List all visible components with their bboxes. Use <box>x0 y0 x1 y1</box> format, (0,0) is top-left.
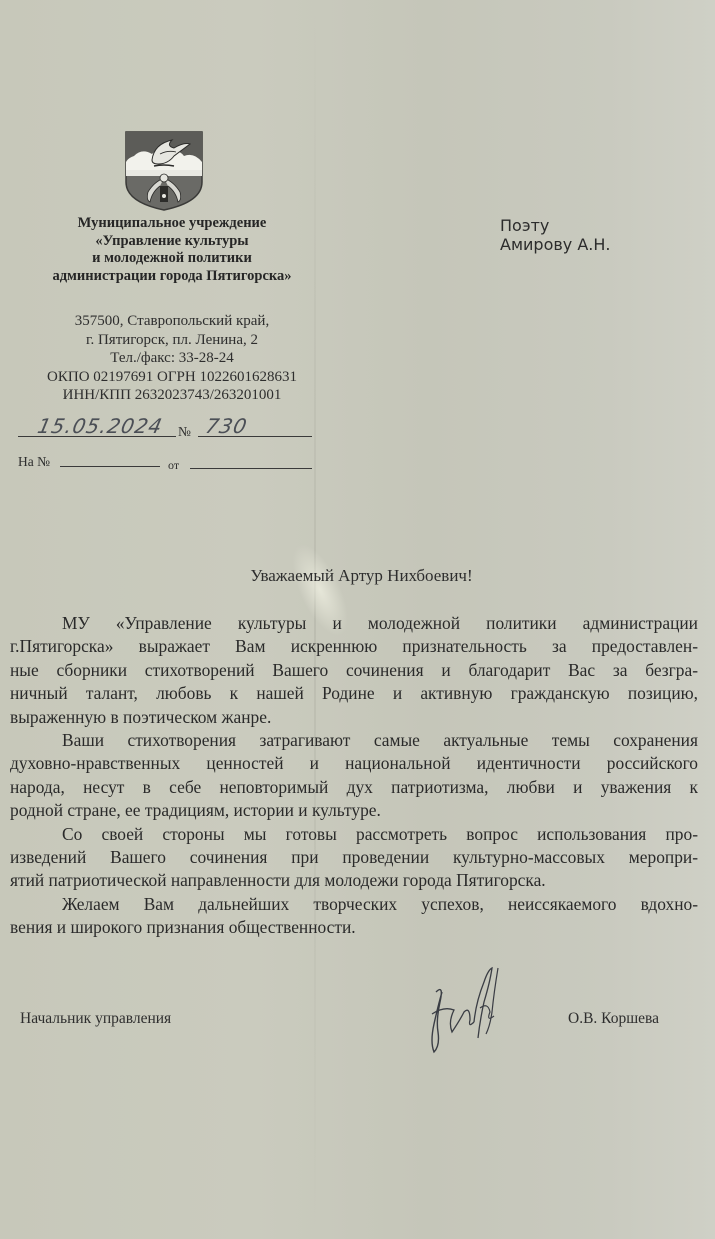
organization-name: Муниципальное учреждение «Управление кул… <box>12 215 332 285</box>
text-line: родной стране, ее традициям, истории и к… <box>10 799 698 822</box>
text-line: вения и широкого признания общественност… <box>10 916 698 939</box>
from-label: от <box>168 458 179 473</box>
registration-block: 15.05.2024 № 730 На № от <box>18 418 318 478</box>
address-line: ОКПО 02197691 ОГРН 1022601628631 <box>12 368 332 387</box>
paragraph: МУ «Управление культуры и молодежной пол… <box>10 612 698 729</box>
number-label: № <box>178 424 191 440</box>
address-line: ИНН/КПП 2632023743/263201001 <box>12 386 332 405</box>
reply-number-label: На № <box>18 454 50 470</box>
text-line: изведений Вашего сочинения при проведени… <box>10 846 698 869</box>
letter-body: МУ «Управление культуры и молодежной пол… <box>10 612 698 940</box>
paragraph: Ваши стихотворения затрагивают самые акт… <box>10 729 698 823</box>
signer-title: Начальник управления <box>20 1010 171 1028</box>
organization-address: 357500, Ставропольский край, г. Пятигорс… <box>12 312 332 405</box>
recipient-name: Амирову А.Н. <box>500 235 611 254</box>
text-line: Ваши стихотворения затрагивают самые акт… <box>10 729 698 752</box>
text-line: г.Пятигорска» выражает Вам искреннюю при… <box>10 635 698 658</box>
org-line: Муниципальное учреждение <box>12 215 332 233</box>
address-line: Тел./факс: 33-28-24 <box>12 349 332 368</box>
text-line: ятий патриотической направленности для м… <box>10 869 698 892</box>
reply-number-line <box>60 448 160 467</box>
org-line: и молодежной политики <box>12 250 332 268</box>
recipient-title: Поэту <box>500 216 611 235</box>
text-line: духовно-нравственных ценностей и национа… <box>10 752 698 775</box>
handwritten-date: 15.05.2024 <box>35 414 165 438</box>
text-line: Со своей стороны мы готовы рассмотреть в… <box>10 823 698 846</box>
address-line: 357500, Ставропольский край, <box>12 312 332 331</box>
text-line: ные сборники стихотворений Вашего сочине… <box>10 659 698 682</box>
org-line: «Управление культуры <box>12 233 332 251</box>
from-date-line <box>190 450 312 469</box>
paragraph: Желаем Вам дальнейших творческих успехов… <box>10 893 698 940</box>
text-line: Желаем Вам дальнейших творческих успехов… <box>10 893 698 916</box>
handwritten-number: 730 <box>203 414 249 438</box>
signature-icon <box>414 962 514 1057</box>
recipient: Поэту Амирову А.Н. <box>500 216 611 254</box>
coat-of-arms-icon <box>124 130 204 212</box>
text-line: МУ «Управление культуры и молодежной пол… <box>10 612 698 635</box>
greeting: Уважаемый Артур Нихбоевич! <box>0 566 715 586</box>
text-line: ничный талант, любовь к нашей Родине и а… <box>10 682 698 705</box>
org-line: администрации города Пятигорска» <box>12 268 332 286</box>
address-line: г. Пятигорск, пл. Ленина, 2 <box>12 331 332 350</box>
text-line: народа, несут в себе неповторимый дух па… <box>10 776 698 799</box>
text-line: выраженную в поэтическом жанре. <box>10 706 698 729</box>
paragraph: Со своей стороны мы готовы рассмотреть в… <box>10 823 698 893</box>
signer-name: О.В. Коршева <box>568 1010 659 1028</box>
letter-page: Муниципальное учреждение «Управление кул… <box>0 0 715 1239</box>
